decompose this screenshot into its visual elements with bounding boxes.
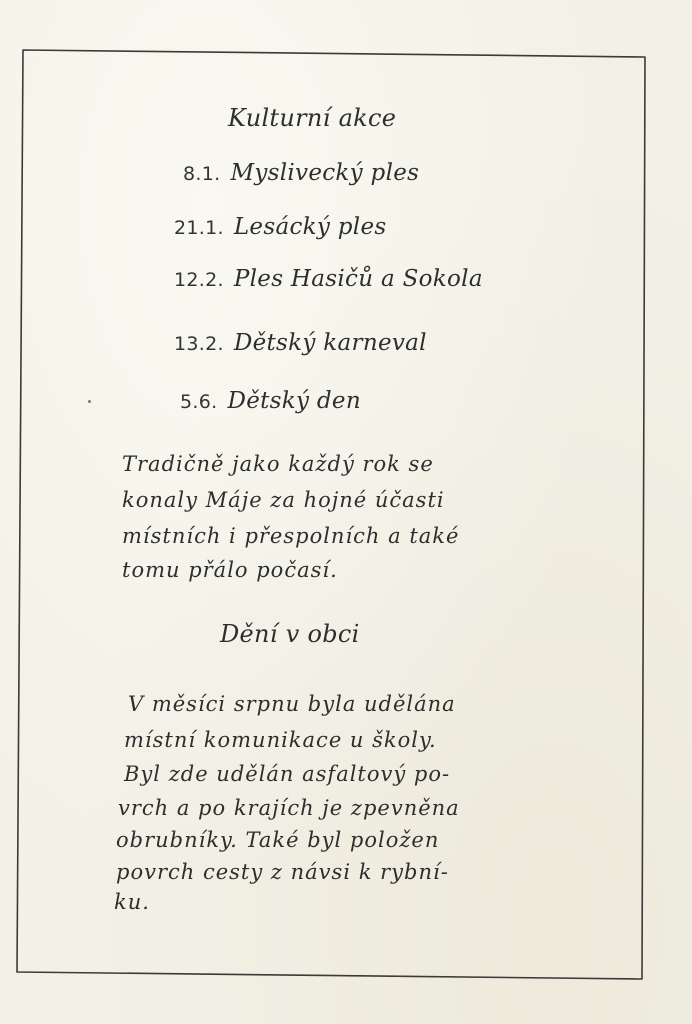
paragraph-line: Tradičně jako každý rok se bbox=[122, 452, 434, 476]
paragraph-line: tomu přálo počasí. bbox=[122, 558, 338, 582]
event-item: 13.2.Dětský karneval bbox=[174, 330, 427, 356]
event-name: Myslivecký ples bbox=[230, 160, 419, 186]
event-item: 5.6.Dětský den bbox=[180, 388, 361, 414]
event-name: Lesácký ples bbox=[234, 214, 387, 240]
paragraph-line: vrch a po krajích je zpevněna bbox=[118, 796, 460, 820]
event-date: 5.6. bbox=[180, 391, 217, 413]
event-item: 12.2.Ples Hasičů a Sokola bbox=[174, 266, 483, 292]
event-date: 21.1. bbox=[174, 217, 224, 239]
event-name: Dětský den bbox=[227, 388, 361, 414]
paragraph-line: konaly Máje za hojné účasti bbox=[122, 488, 445, 512]
paragraph-line: Byl zde udělán asfaltový po- bbox=[124, 762, 450, 786]
event-item: 21.1.Lesácký ples bbox=[174, 214, 386, 240]
paragraph-line: V měsíci srpnu byla udělána bbox=[128, 692, 456, 716]
section-heading-culture: Kulturní akce bbox=[228, 104, 396, 132]
paragraph-line: povrch cesty z návsi k rybní- bbox=[116, 860, 449, 884]
paragraph-line: místních i přespolních a také bbox=[122, 524, 459, 548]
ink-speck bbox=[88, 400, 91, 403]
paragraph-line: obrubníky. Také byl položen bbox=[116, 828, 439, 852]
event-date: 8.1. bbox=[183, 163, 220, 185]
event-name: Ples Hasičů a Sokola bbox=[234, 266, 483, 292]
event-date: 13.2. bbox=[174, 333, 224, 355]
event-item: 8.1.Myslivecký ples bbox=[183, 160, 419, 186]
event-date: 12.2. bbox=[174, 269, 224, 291]
paragraph-line: místní komunikace u školy. bbox=[124, 728, 437, 752]
paragraph-line: ku. bbox=[114, 890, 150, 914]
event-name: Dětský karneval bbox=[234, 330, 427, 356]
section-heading-village: Dění v obci bbox=[220, 620, 360, 648]
